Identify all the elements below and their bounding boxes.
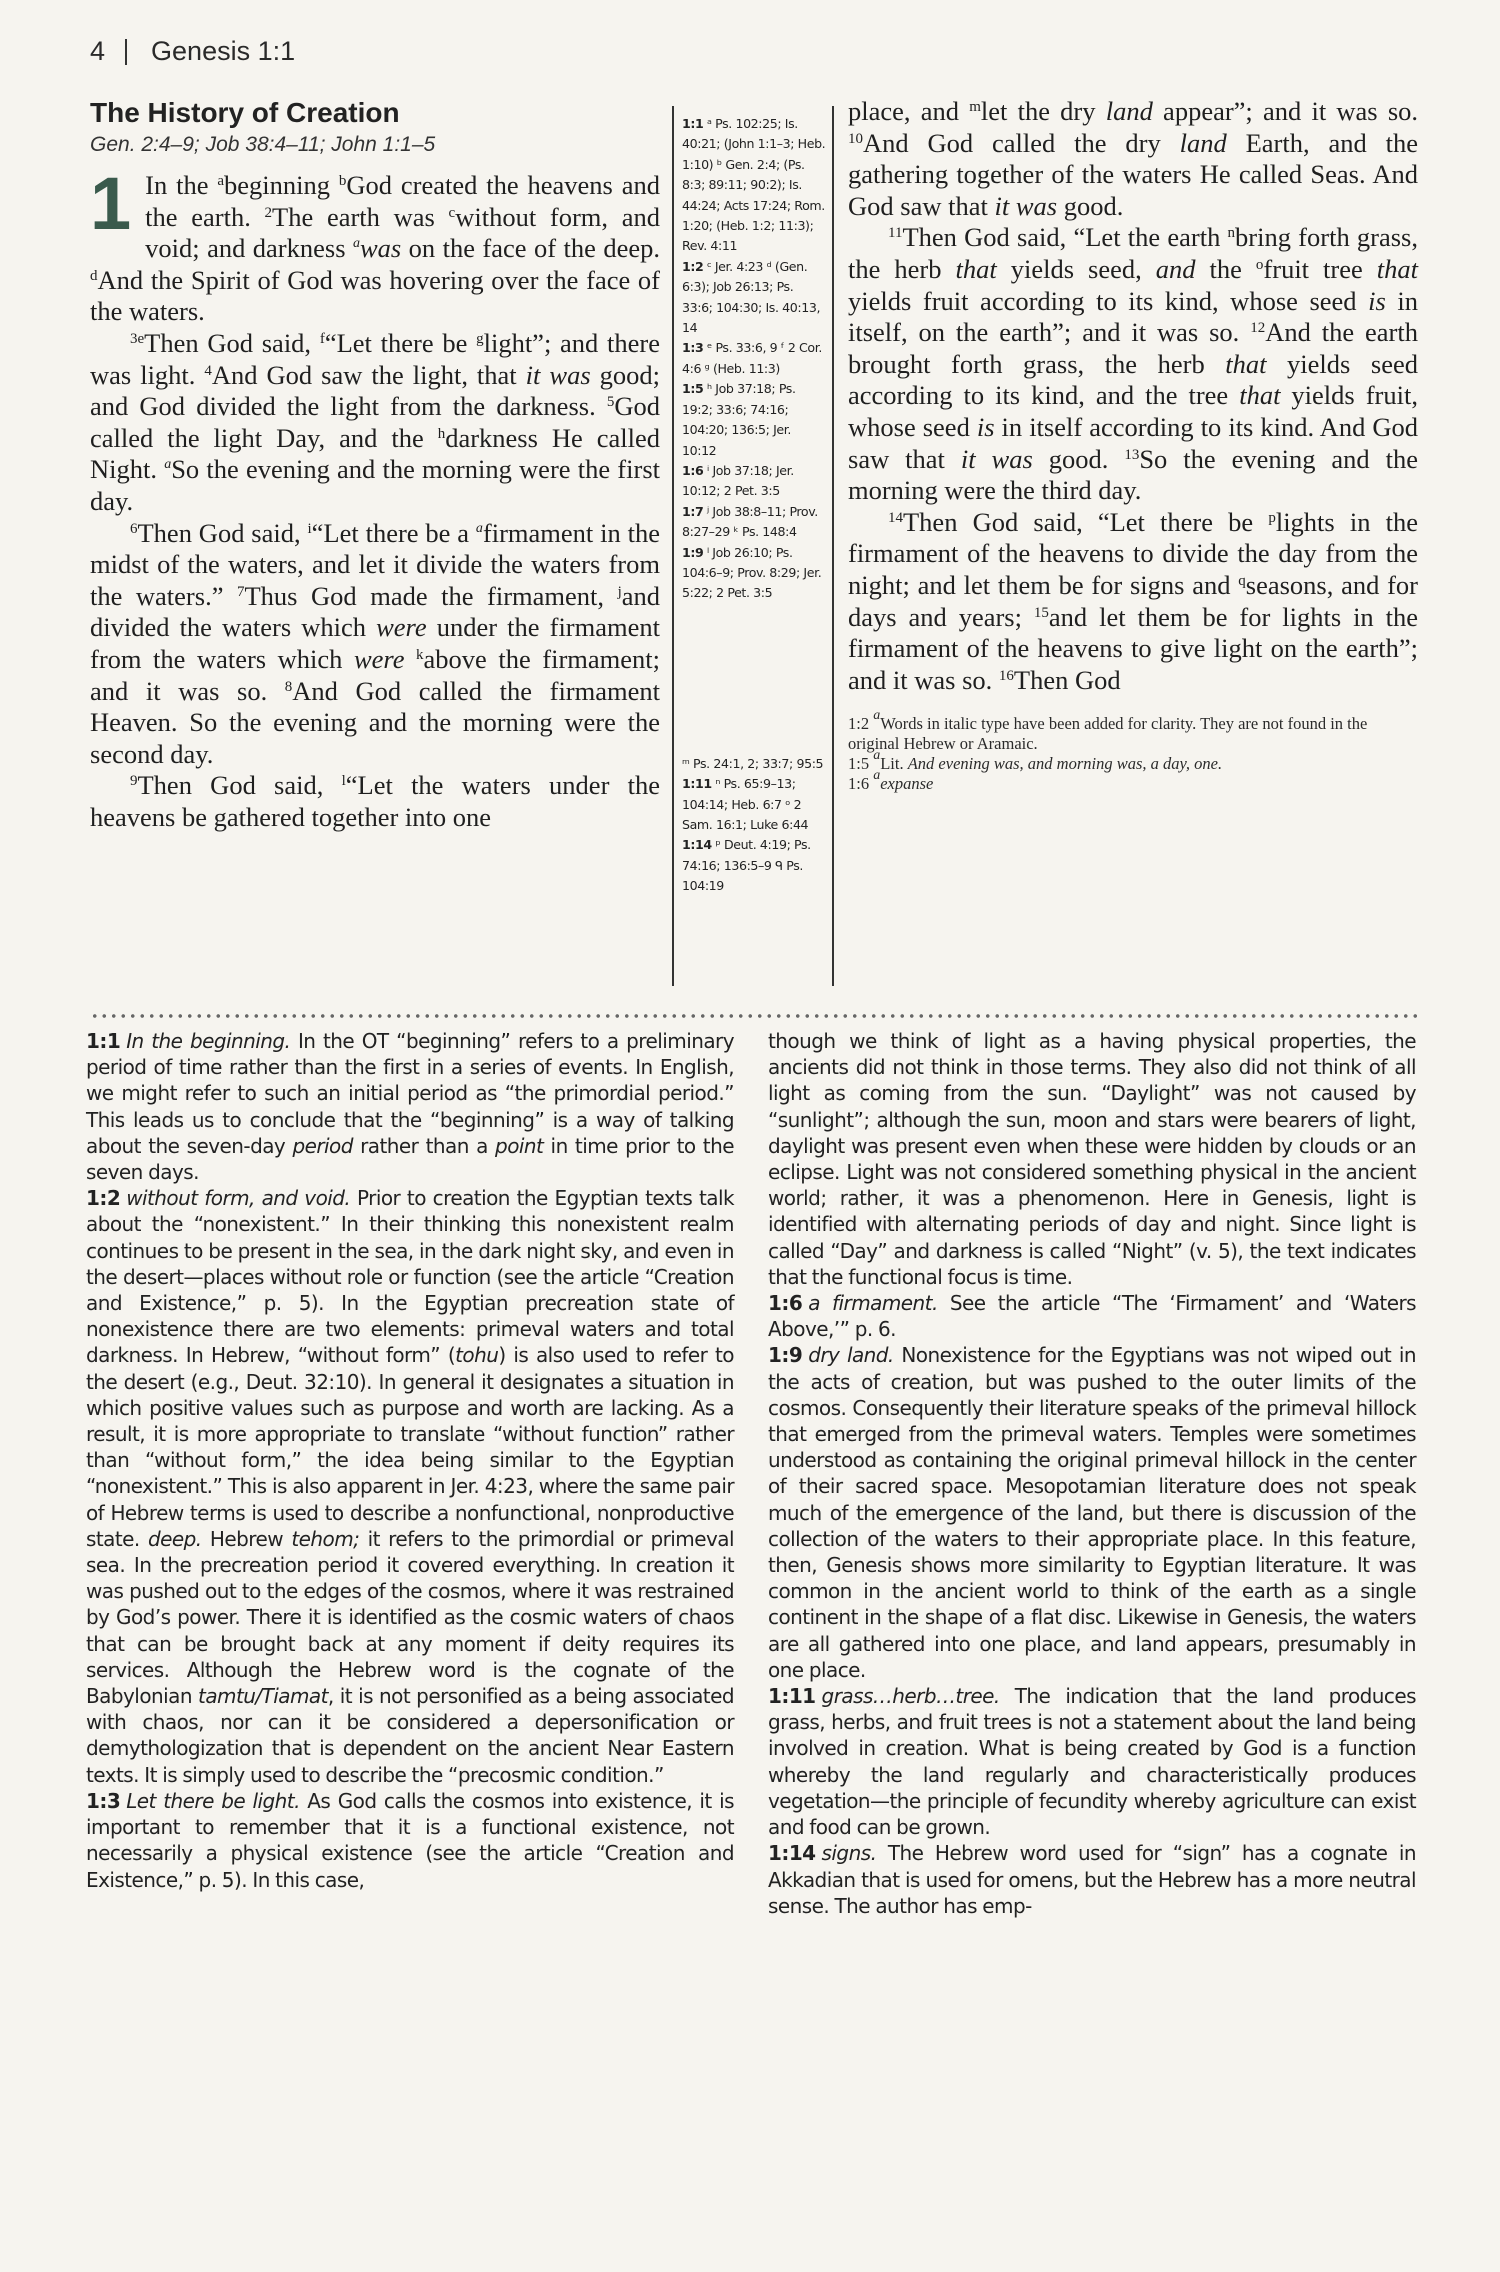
- translation-note: 1:5 aLit. And evening was, and morning w…: [848, 754, 1418, 774]
- scripture-column-left: The History of Creation Gen. 2:4–9; Job …: [90, 96, 660, 833]
- verse-number: 15: [1034, 605, 1049, 621]
- commentary-column-right: though we think of light as a having phy…: [768, 1028, 1416, 1919]
- verse-number: 4: [204, 363, 212, 379]
- running-head: 4 Genesis 1:1: [90, 36, 295, 67]
- cross-reference: 1:2 ᶜ Jer. 4:23 ᵈ (Gen. 6:3); Job 26:13;…: [682, 257, 826, 339]
- chapter-number: 1: [90, 174, 131, 236]
- scripture-column-right: place, and mlet the dry land appear”; an…: [848, 96, 1418, 794]
- cross-reference: 1:9 ˡ Job 26:10; Ps. 104:6–9; Prov. 8:29…: [682, 543, 826, 604]
- verse-number: 11: [888, 225, 902, 241]
- translation-notes: 1:2 aWords in italic type have been adde…: [848, 714, 1418, 794]
- verse-paragraph: 14Then God said, “Let there be plights i…: [848, 507, 1418, 697]
- cross-reference: 1:1 ᵃ Ps. 102:25; Is. 40:21; (John 1:1–3…: [682, 114, 826, 257]
- cross-reference-column: 1:1 ᵃ Ps. 102:25; Is. 40:21; (John 1:1–3…: [672, 106, 834, 986]
- parallel-references: Gen. 2:4–9; Job 38:4–11; John 1:1–5: [90, 130, 660, 160]
- verse-number: 13: [1124, 447, 1139, 463]
- study-note: 1:3Let there be light. As God calls the …: [86, 1788, 734, 1893]
- verse-number: 14: [888, 510, 903, 526]
- dotted-divider: [90, 1013, 1420, 1019]
- page-number: 4: [90, 36, 105, 67]
- verse-number: 2: [265, 205, 273, 221]
- section-title: The History of Creation: [90, 96, 660, 130]
- cross-reference: 1:6 ⁱ Job 37:18; Jer. 10:12; 2 Pet. 3:5: [682, 461, 826, 502]
- study-note: though we think of light as a having phy…: [768, 1028, 1416, 1290]
- verse-paragraph: 9Then God said, l“Let the waters under t…: [90, 770, 660, 833]
- cross-reference: 1:5 ʰ Job 37:18; Ps. 19:2; 33:6; 74:16; …: [682, 379, 826, 461]
- verse-paragraph: place, and mlet the dry land appear”; an…: [848, 96, 1418, 222]
- verse-number: 7: [237, 584, 245, 600]
- cross-reference: 1:3 ᵉ Ps. 33:6, 9 ᶠ 2 Cor. 4:6 ᵍ (Heb. 1…: [682, 338, 826, 379]
- xref-spacer: [682, 604, 826, 754]
- study-note: 1:11grass…herb…tree. The indication that…: [768, 1683, 1416, 1840]
- translation-note: 1:2 aWords in italic type have been adde…: [848, 714, 1418, 754]
- study-note: 1:6a firmament. See the article “The ‘Fi…: [768, 1290, 1416, 1342]
- cross-reference: ᵐ Ps. 24:1, 2; 33:7; 95:5: [682, 754, 826, 774]
- verse-paragraph: 6Then God said, i“Let there be a afirmam…: [90, 518, 660, 771]
- cross-reference: 1:11 ⁿ Ps. 65:9–13; 104:14; Heb. 6:7 ᵒ 2…: [682, 774, 826, 835]
- verse-number: 6: [130, 521, 138, 537]
- study-note: 1:9dry land. Nonexistence for the Egypti…: [768, 1342, 1416, 1683]
- header-divider: [125, 39, 127, 65]
- verse-paragraph: 3eThen God said, f“Let there be glight”;…: [90, 328, 660, 518]
- study-note: 1:14signs. The Hebrew word used for “sig…: [768, 1840, 1416, 1919]
- running-title: Genesis 1:1: [151, 36, 295, 67]
- translation-note: 1:6 aexpanse: [848, 774, 1418, 794]
- cross-reference: 1:7 ʲ Job 38:8–11; Prov. 8:27–29 ᵏ Ps. 1…: [682, 502, 826, 543]
- verse-number: 16: [999, 668, 1014, 684]
- verse-paragraph: 11Then God said, “Let the earth nbring f…: [848, 222, 1418, 506]
- bible-page: 4 Genesis 1:1 The History of Creation Ge…: [0, 0, 1500, 2272]
- verse-number: 12: [1250, 320, 1265, 336]
- study-note: 1:2without form, and void. Prior to crea…: [86, 1185, 734, 1788]
- verse-number: 9: [130, 773, 138, 789]
- commentary-column-left: 1:1In the beginning. In the OT “beginnin…: [86, 1028, 734, 1893]
- verse-paragraph: 1In the abeginning bGod created the heav…: [90, 170, 660, 328]
- verse-number: 10: [848, 131, 863, 147]
- cross-reference: 1:14 ᵖ Deut. 4:19; Ps. 74:16; 136:5–9 ᑫ …: [682, 835, 826, 896]
- verse-number: 3: [130, 331, 138, 347]
- study-note: 1:1In the beginning. In the OT “beginnin…: [86, 1028, 734, 1185]
